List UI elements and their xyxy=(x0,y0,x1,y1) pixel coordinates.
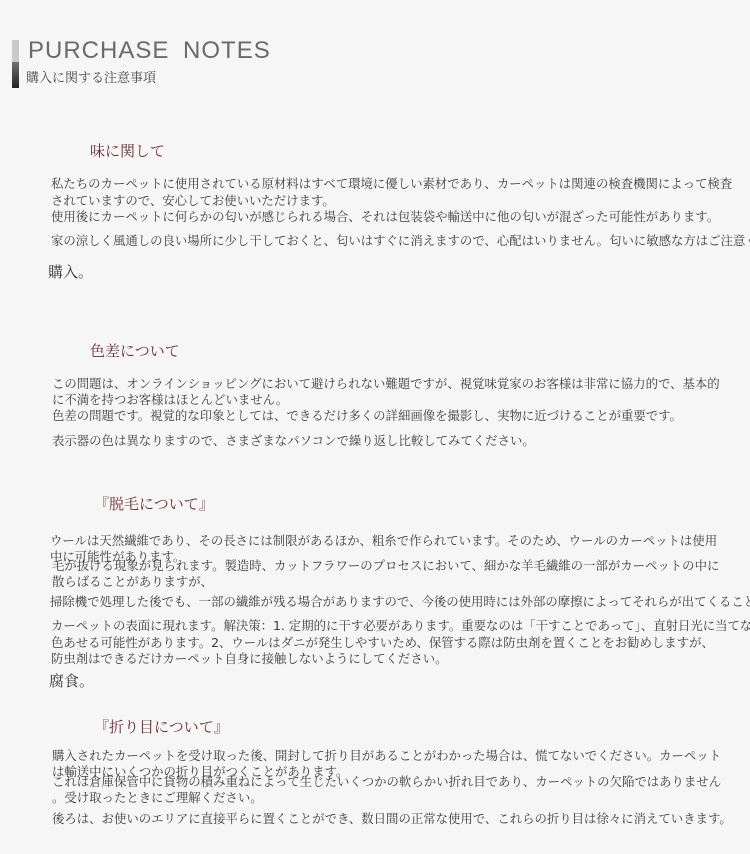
paragraph-line: 購入されたカーペットを受け取った後、開封して折り目があることがわかった場合は、慌… xyxy=(52,748,721,764)
section-title: 『折り目について』 xyxy=(94,716,229,737)
section-title: 『脱毛について』 xyxy=(94,493,214,514)
paragraph-line: 掃除機で処理した後でも、一部の繊維が残る場合がありますので、今後の使用時には外部… xyxy=(50,594,750,610)
paragraph-line: これは倉庫保管中に貨物の積み重ねによって生じたいくつかの軟らかい折れ目であり、カ… xyxy=(52,774,721,790)
page-title: PURCHASE NOTES xyxy=(28,37,271,65)
paragraph-line: この問題は、オンラインショッピングにおいて避けられない難題ですが、視覚味覚家のお… xyxy=(52,376,720,392)
paragraph-line: 色あせる可能性があります。2、ウールはダニが発生しやすいため、保管する際は防虫剤… xyxy=(51,635,714,651)
header-accent-bar-light xyxy=(12,40,19,62)
paragraph-line: ウールは天然繊維であり、その長さには制限があるほか、粗糸で作られています。そのた… xyxy=(50,533,717,549)
paragraph-line: 。受け取ったときにご理解ください。 xyxy=(52,790,263,806)
page-subtitle: 購入に関する注意事項 xyxy=(26,67,156,86)
paragraph-line: 毛が抜ける現象が見られます。製造時、カットフラワーのプロセスにおいて、細かな羊毛… xyxy=(52,558,719,574)
paragraph-line: 表示器の色は異なりますので、さまざまなパソコンで繰り返し比較してみてください。 xyxy=(52,433,535,449)
paragraph-line: 後ろは、お使いのエリアに直接平らに置くことができ、数日間の正常な使用で、これらの… xyxy=(52,811,732,827)
paragraph-line: 腐食。 xyxy=(49,670,94,691)
paragraph-line: 防虫剤はできるだけカーペット自身に接触しないようにしてください。 xyxy=(51,651,448,667)
paragraph-line: カーペットの表面に現れます。解決策：1. 定期的に干す必要があります。重要なのは… xyxy=(51,618,750,634)
paragraph-line: 色差の問題です。視覚的な印象としては、できるだけ多くの詳細画像を撮影し、実物に近… xyxy=(52,408,682,424)
section-title: 味に関して xyxy=(90,140,165,161)
paragraph-line: 私たちのカーペットに使用されている原材料はすべて環境に優しい素材であり、カーペッ… xyxy=(51,176,732,192)
header-accent-bar-dark xyxy=(12,62,19,88)
paragraph-line: されていますので、安心してお使いいただけます。 xyxy=(51,193,335,209)
paragraph-line: 散らばることがありますが、 xyxy=(52,574,213,590)
paragraph-line: 購入。 xyxy=(48,261,93,282)
paragraph-line: 家の涼しく風通しの良い場所に少し干しておくと、匂いはすぐに消えますので、心配はい… xyxy=(51,233,750,249)
paragraph-line: に不満を持つお客様はほとんどいません。 xyxy=(52,392,288,408)
paragraph-line: 使用後にカーペットに何らかの匂いが感じられる場合、それは包装袋や輸送中に他の匂い… xyxy=(51,209,719,225)
section-title: 色差について xyxy=(90,340,180,361)
